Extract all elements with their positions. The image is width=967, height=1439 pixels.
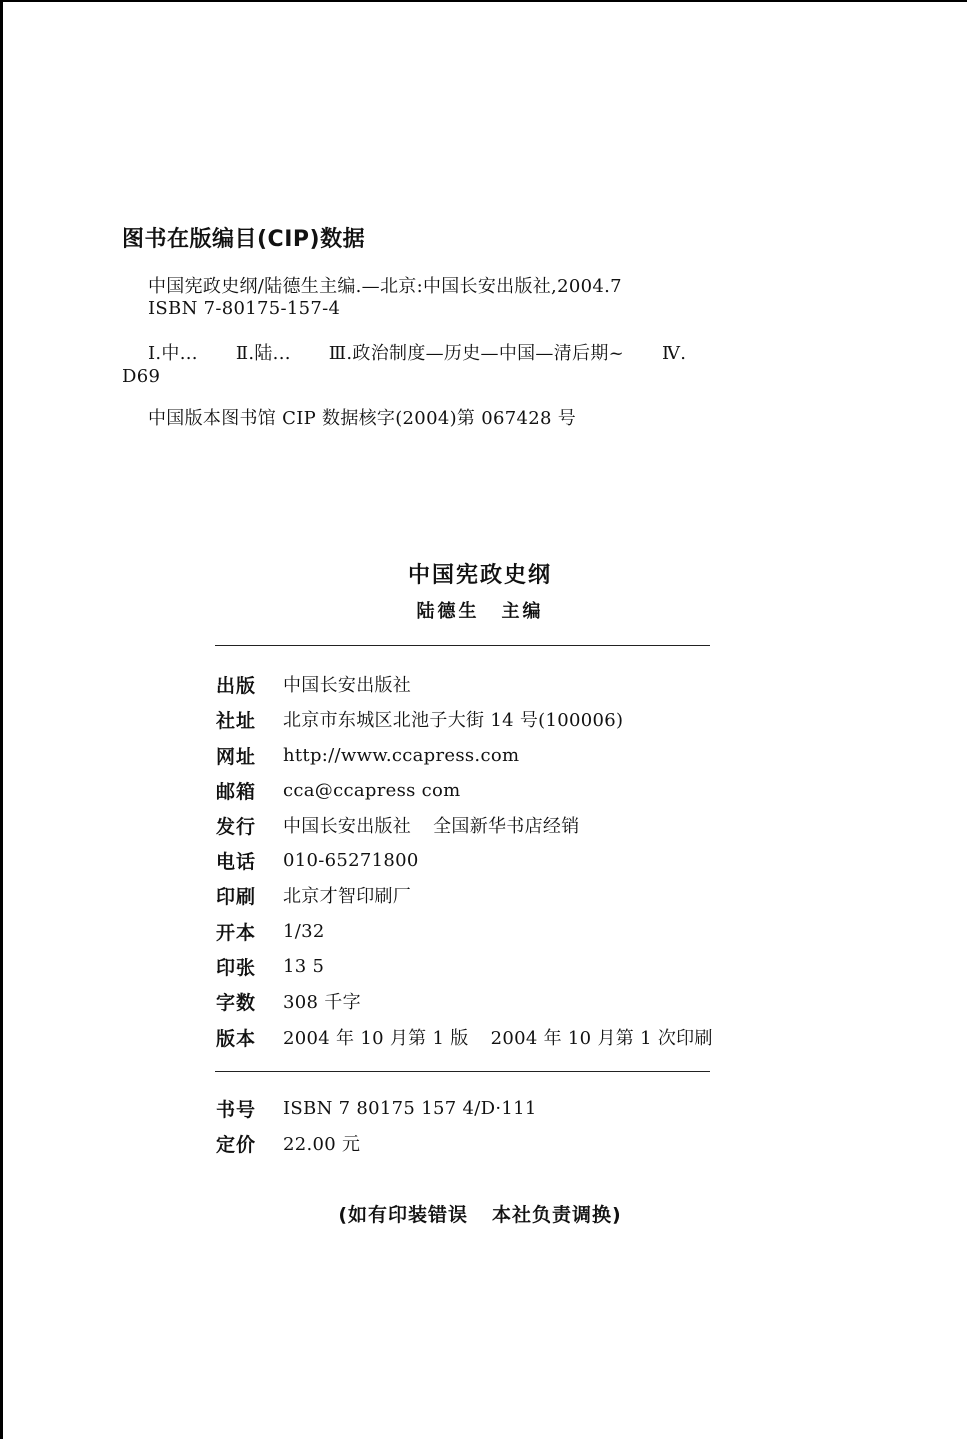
spec-value: 13 5 bbox=[283, 956, 324, 977]
spec-row-email: 邮箱 cca@ccapress com bbox=[216, 775, 461, 805]
spec-row-website: 网址 http://www.ccapress.com bbox=[216, 740, 519, 770]
spec-label: 发行 bbox=[216, 812, 283, 839]
spec-row-sheets: 印张 13 5 bbox=[216, 951, 324, 981]
spec-label: 网址 bbox=[216, 742, 283, 769]
spec-value: 中国长安出版社 bbox=[283, 671, 411, 697]
spec-label: 出版 bbox=[216, 671, 283, 698]
spec-row-distribution: 发行 中国长安出版社全国新华书店经销 bbox=[216, 810, 580, 840]
printing: 2004 年 10 月第 1 次印刷 bbox=[491, 1028, 713, 1049]
spec-value: 北京市东城区北池子大街 14 号(100006) bbox=[283, 706, 623, 732]
spec-value: 中国长安出版社全国新华书店经销 bbox=[283, 812, 580, 838]
book-editor: 陆德生主编 bbox=[0, 597, 960, 623]
spec-value: 1/32 bbox=[283, 921, 325, 942]
editor-name: 陆德生 bbox=[417, 601, 480, 622]
spec-row-address: 社址 北京市东城区北池子大街 14 号(100006) bbox=[216, 704, 623, 734]
spec-row-word-count: 字数 308 千字 bbox=[216, 986, 361, 1016]
spec-value: 010-65271800 bbox=[283, 850, 419, 871]
website-link[interactable]: http://www.ccapress.com bbox=[283, 745, 519, 766]
spec-value: ISBN 7 80175 157 4/D·111 bbox=[283, 1098, 537, 1119]
cip-isbn-line: ISBN 7-80175-157-4 bbox=[148, 298, 340, 320]
spec-label: 社址 bbox=[216, 706, 283, 733]
misprint-notice: (如有印装错误本社负责调换) bbox=[0, 1200, 960, 1227]
cip-subject-4: Ⅳ. bbox=[662, 343, 686, 364]
spec-label: 印张 bbox=[216, 953, 283, 980]
spec-label: 版本 bbox=[216, 1024, 283, 1051]
spec-label: 书号 bbox=[216, 1095, 283, 1122]
distributor: 中国长安出版社 bbox=[283, 816, 411, 837]
divider-top bbox=[215, 645, 710, 646]
distribution-channel: 全国新华书店经销 bbox=[433, 816, 579, 837]
spec-row-format: 开本 1/32 bbox=[216, 916, 325, 946]
divider-bottom bbox=[215, 1071, 710, 1072]
spec-label: 邮箱 bbox=[216, 777, 283, 804]
spec-value: 北京才智印刷厂 bbox=[283, 882, 411, 908]
cip-heading: 图书在版编目(CIP)数据 bbox=[122, 222, 365, 253]
book-title: 中国宪政史纲 bbox=[0, 558, 960, 589]
cip-approval-number: 中国版本图书馆 CIP 数据核字(2004)第 067428 号 bbox=[148, 408, 576, 430]
notice-part-1: (如有印装错误 bbox=[338, 1204, 468, 1226]
spec-value: 22.00 元 bbox=[283, 1130, 360, 1156]
spec-row-isbn: 书号 ISBN 7 80175 157 4/D·111 bbox=[216, 1093, 537, 1123]
spec-label: 字数 bbox=[216, 988, 283, 1015]
spec-label: 电话 bbox=[216, 847, 283, 874]
cip-subject-2: Ⅱ.陆... bbox=[236, 343, 291, 364]
spec-row-publisher: 出版 中国长安出版社 bbox=[216, 669, 411, 699]
cip-subject-headings: Ⅰ.中...Ⅱ.陆...Ⅲ.政治制度—历史—中国—清后期~Ⅳ. bbox=[148, 343, 686, 365]
notice-part-2: 本社负责调换) bbox=[492, 1204, 622, 1226]
email-link[interactable]: cca@ccapress com bbox=[283, 780, 461, 801]
spec-value: 2004 年 10 月第 1 版2004 年 10 月第 1 次印刷 bbox=[283, 1024, 713, 1050]
scan-border-top bbox=[0, 0, 967, 2]
cip-classification: D69 bbox=[122, 366, 160, 388]
spec-row-price: 定价 22.00 元 bbox=[216, 1128, 360, 1158]
spec-row-phone: 电话 010-65271800 bbox=[216, 845, 419, 875]
cip-catalog-line: 中国宪政史纲/陆德生主编.—北京:中国长安出版社,2004.7 bbox=[148, 276, 622, 298]
cip-subject-3: Ⅲ.政治制度—历史—中国—清后期~ bbox=[329, 343, 624, 364]
edition: 2004 年 10 月第 1 版 bbox=[283, 1028, 469, 1049]
spec-value: 308 千字 bbox=[283, 988, 361, 1014]
spec-row-printer: 印刷 北京才智印刷厂 bbox=[216, 880, 411, 910]
spec-label: 开本 bbox=[216, 918, 283, 945]
spec-row-edition: 版本 2004 年 10 月第 1 版2004 年 10 月第 1 次印刷 bbox=[216, 1022, 713, 1052]
spec-label: 定价 bbox=[216, 1130, 283, 1157]
spec-label: 印刷 bbox=[216, 882, 283, 909]
editor-role: 主编 bbox=[502, 601, 544, 622]
cip-subject-1: Ⅰ.中... bbox=[148, 343, 198, 364]
